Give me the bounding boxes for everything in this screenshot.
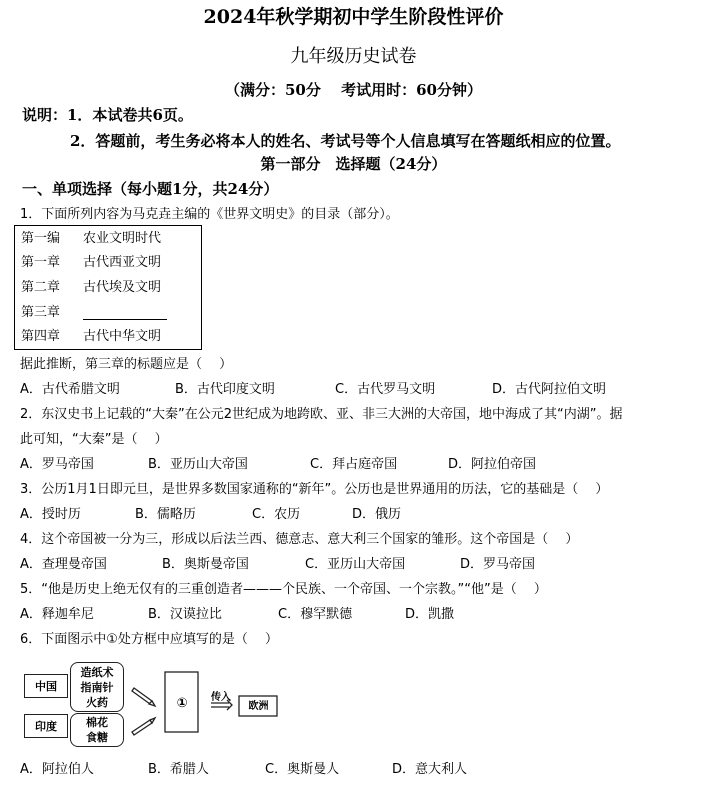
- option-c[interactable]: C．奥斯曼人: [265, 758, 339, 777]
- option-a[interactable]: A．罗马帝国: [20, 453, 94, 472]
- question-1-options: A．古代希腊文明 B．古代印度文明 C．古代罗马文明 D．古代阿拉伯文明: [20, 378, 700, 398]
- option-b[interactable]: B．汉谟拉比: [148, 603, 222, 622]
- exam-title: 2024年秋学期初中学生阶段性评价: [0, 2, 707, 29]
- question-6-stem: 6．下面图示中①处方框中应填写的是（ ）: [20, 628, 278, 647]
- option-a[interactable]: A．释迦牟尼: [20, 603, 94, 622]
- option-b[interactable]: B．古代印度文明: [175, 378, 275, 397]
- question-1-stem2: 据此推断，第三章的标题应是（ ）: [20, 353, 232, 372]
- exam-subtitle: 九年级历史试卷: [0, 42, 707, 68]
- option-a[interactable]: A．查理曼帝国: [20, 553, 107, 572]
- question-1-stem: 1．下面所列内容为马克垚主编的《世界文明史》的目录（部分）。: [20, 203, 399, 222]
- question-2-stem: 2．东汉史书上记载的“大秦”在公元2世纪成为地跨欧、亚、非三大洲的大帝国，地中海…: [20, 403, 622, 422]
- section-heading: 一、单项选择（每小题1分，共24分）: [22, 178, 278, 199]
- exam-meta: （满分：50分 考试用时：60分钟）: [0, 79, 707, 100]
- instruction-1: 说明：1．本试卷共6页。: [22, 104, 193, 125]
- option-c[interactable]: C．穆罕默德: [278, 603, 352, 622]
- part-heading: 第一部分 选择题（24分）: [0, 153, 707, 174]
- option-d[interactable]: D．凯撒: [405, 603, 454, 622]
- option-a[interactable]: A．阿拉伯人: [20, 758, 94, 777]
- option-c[interactable]: C．古代罗马文明: [335, 378, 435, 397]
- option-d[interactable]: D．古代阿拉伯文明: [492, 378, 606, 397]
- toc-row: 第一章古代西亚文明: [21, 250, 161, 275]
- question-2-options: A．罗马帝国 B．亚历山大帝国 C．拜占庭帝国 D．阿拉伯帝国: [20, 453, 700, 473]
- question-4-stem: 4．这个帝国被一分为三，形成以后法兰西、德意志、意大利三个国家的雏形。这个帝国是…: [20, 528, 578, 547]
- arrow-label: 传入: [211, 688, 231, 703]
- question-4-options: A．查理曼帝国 B．奥斯曼帝国 C．亚历山大帝国 D．罗马帝国: [20, 553, 700, 573]
- blank-1-label: ①: [166, 673, 198, 733]
- toc-row: 第一编农业文明时代: [21, 226, 161, 251]
- option-a[interactable]: A．授时历: [20, 503, 81, 522]
- trade-diagram: 中国 印度 造纸术 指南针 火药 棉花 食糖 ① 传入 欧洲: [18, 658, 283, 746]
- question-3-stem: 3．公历1月1日即元旦，是世界多数国家通称的“新年”。公历也是世界通用的历法，它…: [20, 478, 608, 497]
- option-c[interactable]: C．拜占庭帝国: [310, 453, 397, 472]
- option-d[interactable]: D．俄历: [352, 503, 401, 522]
- toc-box: 第一编农业文明时代 第一章古代西亚文明 第二章古代埃及文明 第三章 第四章古代中…: [14, 225, 202, 350]
- option-c[interactable]: C．亚历山大帝国: [305, 553, 405, 572]
- option-d[interactable]: D．罗马帝国: [460, 553, 535, 572]
- option-c[interactable]: C．农历: [252, 503, 300, 522]
- option-a[interactable]: A．古代希腊文明: [20, 378, 120, 397]
- question-5-stem: 5．“他是历史上绝无仅有的三重创造者———个民族、一个帝国、一个宗教。”“他”是…: [20, 578, 547, 597]
- question-3-options: A．授时历 B．儒略历 C．农历 D．俄历: [20, 503, 700, 523]
- option-b[interactable]: B．奥斯曼帝国: [162, 553, 249, 572]
- option-d[interactable]: D．阿拉伯帝国: [448, 453, 536, 472]
- toc-row: 第二章古代埃及文明: [21, 275, 161, 300]
- option-b[interactable]: B．亚历山大帝国: [148, 453, 248, 472]
- option-b[interactable]: B．儒略历: [135, 503, 196, 522]
- option-d[interactable]: D．意大利人: [392, 758, 467, 777]
- option-b[interactable]: B．希腊人: [148, 758, 209, 777]
- toc-row: 第四章古代中华文明: [21, 324, 161, 349]
- instruction-2: 2．答题前，考生务必将本人的姓名、考试号等个人信息填写在答题纸相应的位置。: [70, 130, 620, 151]
- toc-row: 第三章: [21, 300, 167, 325]
- question-2-stem-cont: 此可知，“大秦”是（ ）: [20, 428, 168, 447]
- question-5-options: A．释迦牟尼 B．汉谟拉比 C．穆罕默德 D．凯撒: [20, 603, 700, 623]
- question-6-options: A．阿拉伯人 B．希腊人 C．奥斯曼人 D．意大利人: [20, 758, 700, 778]
- europe-box: 欧洲: [240, 697, 277, 716]
- blank-line: [83, 305, 167, 320]
